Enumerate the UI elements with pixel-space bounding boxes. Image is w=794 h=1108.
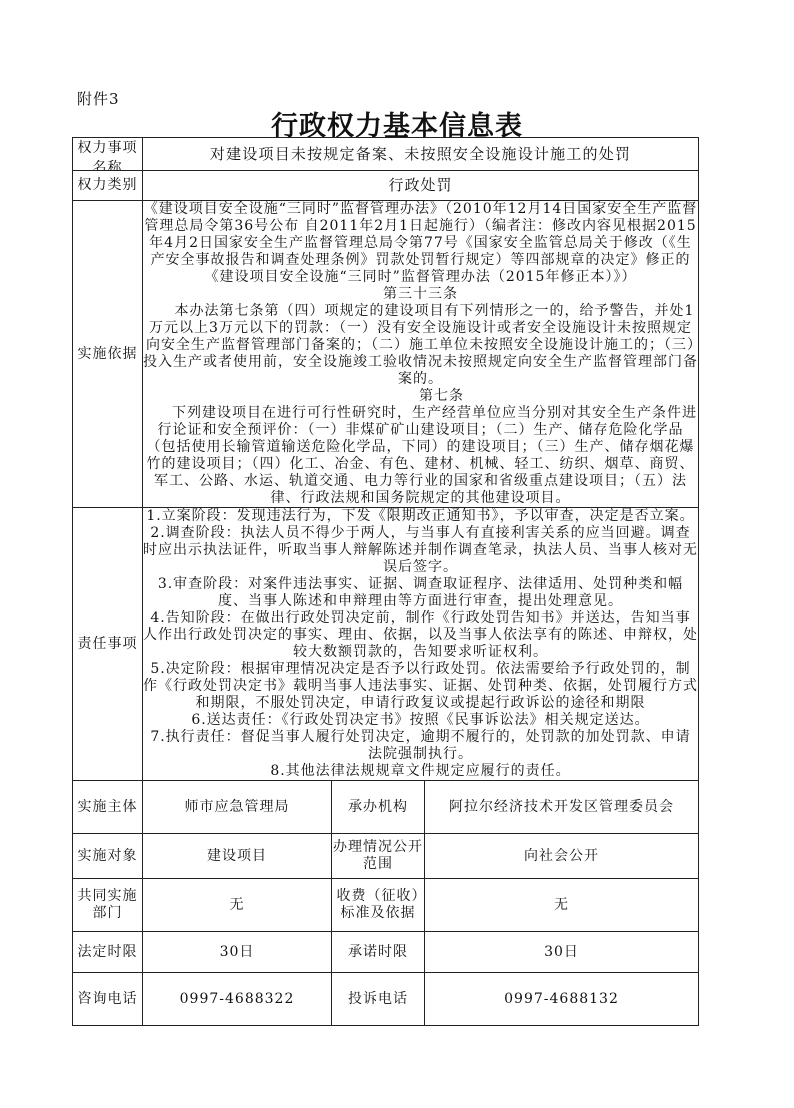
label-subject: 实施主体	[73, 781, 143, 834]
value-responsibility: 1.立案阶段：发现违法行为，下发《限期改正通知书》，予以审查，决定是否立案。 2…	[143, 508, 699, 781]
responsibility-item: 8.其他法律法规规章文件规定应履行的责任。	[143, 763, 698, 780]
value-category: 行政处罚	[143, 171, 699, 201]
responsibility-item: 7.执行责任：督促当事人履行处罚决定，逾期不履行的，处罚款的加处罚款、申请法院强…	[143, 729, 698, 763]
label-inquiry-phone: 咨询电话	[73, 973, 143, 1026]
responsibility-item: 4.告知阶段：在做出行政处罚决定前，制作《行政处罚告知书》并送达，告知当事人作出…	[143, 610, 698, 661]
responsibility-item: 3.审查阶段：对案件违法事实、证据、调查取证程序、法律适用、处罚种类和幅度、当事…	[143, 576, 698, 610]
row-joint: 共同实施部门 无 收费（征收）标准及依据 无	[73, 879, 699, 932]
row-time-limit: 法定时限 30日 承诺时限 30日	[73, 932, 699, 973]
row-target: 实施对象 建设项目 办理情况公开范围 向社会公开	[73, 834, 699, 879]
value-promised-time-limit: 30日	[425, 932, 699, 973]
value-subject: 师市应急管理局	[143, 781, 332, 834]
basis-paragraph: 本办法第七条第（四）项规定的建设项目有下列情形之一的，给予警告，并处1万元以上3…	[143, 303, 698, 388]
responsibility-item: 5.决定阶段：根据审理情况决定是否予以行政处罚。依法需要给予行政处罚的，制作《行…	[143, 661, 698, 712]
row-basis: 实施依据 《建设项目安全设施“三同时”监督管理办法》（2010年12月14日国家…	[73, 201, 699, 508]
responsibility-item: 1.立案阶段：发现违法行为，下发《限期改正通知书》，予以审查，决定是否立案。	[143, 508, 698, 525]
label-item-name: 权力事项名称	[73, 138, 143, 171]
value-basis: 《建设项目安全设施“三同时”监督管理办法》（2010年12月14日国家安全生产监…	[143, 201, 699, 508]
responsibility-item: 2.调查阶段：执法人员不得少于两人，与当事人有直接利害关系的应当回避。调查时应出…	[143, 525, 698, 576]
label-promised-time-limit: 承诺时限	[332, 932, 425, 973]
value-fee-standard: 无	[425, 879, 699, 932]
label-legal-time-limit: 法定时限	[73, 932, 143, 973]
basis-paragraph: 第七条	[143, 388, 698, 405]
label-joint-departments: 共同实施部门	[73, 879, 143, 932]
label-basis: 实施依据	[73, 201, 143, 508]
label-responsibility: 责任事项	[73, 508, 143, 781]
value-target: 建设项目	[143, 834, 332, 879]
basis-paragraph: 下列建设项目在进行可行性研究时，生产经营单位应当分别对其安全生产条件进行论证和安…	[143, 405, 698, 507]
row-item-name: 权力事项名称 对建设项目未按规定备案、未按照安全设施设计施工的处罚	[73, 138, 699, 171]
label-handling-agency: 承办机构	[332, 781, 425, 834]
value-joint-departments: 无	[143, 879, 332, 932]
value-complaint-phone: 0997-4688132	[425, 973, 699, 1026]
responsibility-item: 6.送达责任：《行政处罚决定书》按照《民事诉讼法》相关规定送达。	[143, 712, 698, 729]
label-complaint-phone: 投诉电话	[332, 973, 425, 1026]
value-legal-time-limit: 30日	[143, 932, 332, 973]
info-table: 权力事项名称 对建设项目未按规定备案、未按照安全设施设计施工的处罚 权力类别 行…	[72, 137, 699, 1026]
label-fee-standard: 收费（征收）标准及依据	[332, 879, 425, 932]
row-subject: 实施主体 师市应急管理局 承办机构 阿拉尔经济技术开发区管理委员会	[73, 781, 699, 834]
label-category: 权力类别	[73, 171, 143, 201]
value-item-name: 对建设项目未按规定备案、未按照安全设施设计施工的处罚	[143, 138, 699, 171]
basis-paragraph: 第三十三条	[143, 286, 698, 303]
basis-paragraph: 《建设项目安全设施“三同时”监督管理办法》（2010年12月14日国家安全生产监…	[143, 201, 698, 286]
label-disclosure-scope: 办理情况公开范围	[332, 834, 425, 879]
value-handling-agency: 阿拉尔经济技术开发区管理委员会	[425, 781, 699, 834]
value-disclosure-scope: 向社会公开	[425, 834, 699, 879]
label-target: 实施对象	[73, 834, 143, 879]
row-responsibility: 责任事项 1.立案阶段：发现违法行为，下发《限期改正通知书》，予以审查，决定是否…	[73, 508, 699, 781]
row-phone: 咨询电话 0997-4688322 投诉电话 0997-4688132	[73, 973, 699, 1026]
value-inquiry-phone: 0997-4688322	[143, 973, 332, 1026]
row-category: 权力类别 行政处罚	[73, 171, 699, 201]
